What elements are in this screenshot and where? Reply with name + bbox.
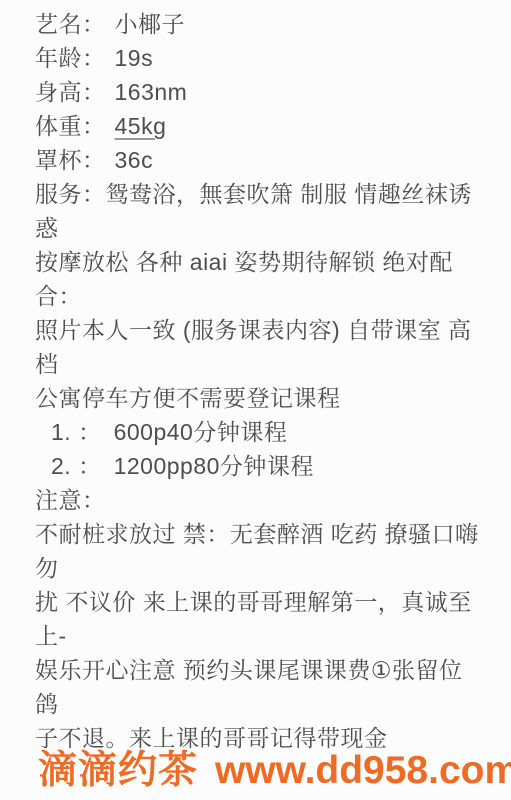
field-value: 36c	[115, 143, 154, 177]
services-paragraph: 服务：鸳鸯浴，無套吹箫 制服 情趣丝袜诱惑 按摩放松 各种 aiai 姿势期待解…	[35, 177, 485, 415]
field-value: 163nm	[115, 75, 188, 109]
field-label: 身高：	[35, 75, 106, 109]
field-value: 小椰子	[115, 7, 186, 41]
price-item-1: 1. ： 600p40分钟课程	[35, 415, 485, 449]
field-row-age: 年龄： 19s	[35, 41, 485, 75]
field-label: 艺名：	[35, 7, 106, 41]
footer-site-name: 滴滴约茶	[38, 739, 198, 795]
notice-paragraph: 不耐桩求放过 禁：无套醉酒 吃药 撩骚口嗨勿 扰 不议价 来上课的哥哥理解第一，…	[35, 517, 485, 755]
price-marker: 1. ：	[51, 415, 102, 449]
field-row-height: 身高： 163nm	[35, 75, 485, 109]
field-value-underlined: 45kg	[115, 109, 167, 143]
notice-heading: 注意：	[35, 483, 485, 517]
price-item-2: 2. ： 1200pp80分钟课程	[35, 449, 485, 483]
listing-text: 艺名： 小椰子 年龄： 19s 身高： 163nm 体重： 45kg 罩杯： 3…	[0, 0, 511, 755]
field-row-stage-name: 艺名： 小椰子	[35, 7, 485, 41]
field-row-cup: 罩杯： 36c	[35, 143, 485, 177]
price-label: 600p40分钟课程	[114, 415, 288, 449]
field-row-weight: 体重： 45kg	[35, 109, 485, 143]
footer-site-url: www.dd958.com	[215, 749, 511, 793]
field-label: 罩杯：	[35, 143, 106, 177]
field-label: 体重：	[35, 109, 106, 143]
price-label: 1200pp80分钟课程	[114, 449, 314, 483]
page: 艺名： 小椰子 年龄： 19s 身高： 163nm 体重： 45kg 罩杯： 3…	[0, 0, 511, 800]
price-marker: 2. ：	[51, 449, 102, 483]
footer-watermark: 滴滴约茶 www.dd958.com	[38, 739, 511, 795]
field-value: 19s	[115, 41, 154, 75]
field-label: 年龄：	[35, 41, 106, 75]
